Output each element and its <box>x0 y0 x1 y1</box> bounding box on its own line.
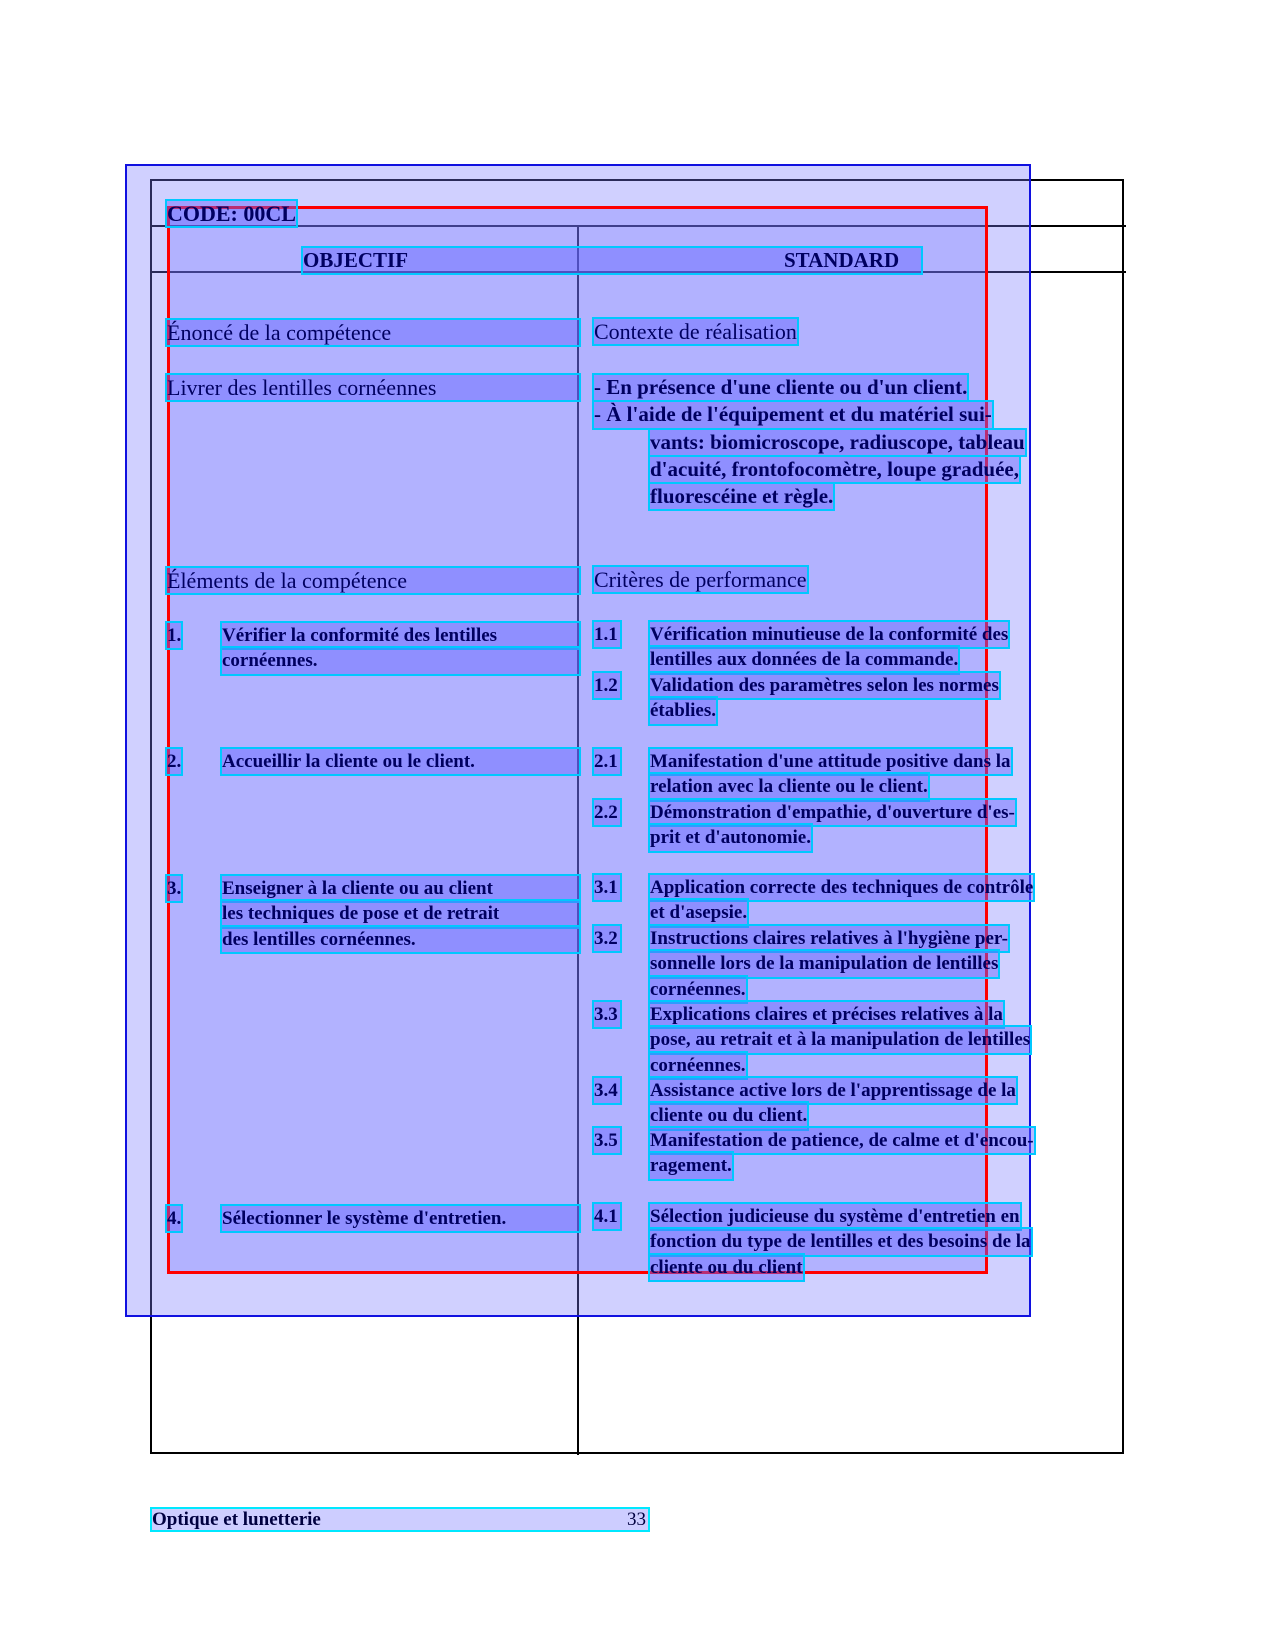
criterion-text-line: Manifestation d'une attitude positive da… <box>650 749 1011 774</box>
criterion-text-line: Sélection judicieuse du système d'entret… <box>650 1204 1020 1229</box>
content-overlay <box>167 206 988 1274</box>
page-number: 33 <box>627 1509 646 1530</box>
context-line: vants: biomicroscope, radiuscope, tablea… <box>650 430 1025 455</box>
criterion-text-line: Manifestation de patience, de calme et d… <box>650 1128 1034 1153</box>
criterion-number: 3.2 <box>594 926 620 951</box>
criterion-text-line: sonnelle lors de la manipulation de lent… <box>650 951 998 976</box>
criterion-text-line: ragement. <box>650 1153 732 1178</box>
context-line: - À l'aide de l'équipement et du matérie… <box>594 402 992 427</box>
elements-title-text: Éléments de la compétence <box>167 568 407 593</box>
criterion-text-line: Instructions claires relatives à l'hygiè… <box>650 926 1008 951</box>
statement-title-text: Énoncé de la compétence <box>167 320 391 345</box>
elements-title: Éléments de la compétence <box>167 568 579 593</box>
criterion-text-line: Démonstration d'empathie, d'ouverture d'… <box>650 800 1015 825</box>
criterion-number: 3.4 <box>594 1078 620 1103</box>
code-label: CODE: 00CL <box>167 201 296 226</box>
criterion-text-line: cornéennes. <box>650 977 746 1002</box>
context-line: d'acuité, frontofocomètre, loupe graduée… <box>650 457 1019 482</box>
page-footer: Optique et lunetterie 33 <box>152 1509 648 1530</box>
criterion-number: 3.5 <box>594 1128 620 1153</box>
criterion-number: 3.1 <box>594 875 620 900</box>
context-title: Contexte de réalisation <box>594 319 797 344</box>
element-number: 2. <box>167 749 181 774</box>
element-text-line: les techniques de pose et de retrait <box>222 901 579 926</box>
element-text-line: cornéennes. <box>222 648 579 673</box>
criterion-text-line: Validation des paramètres selon les norm… <box>650 673 999 698</box>
element-text-line: Sélectionner le système d'entretien. <box>222 1206 579 1231</box>
element-text-line: Enseigner à la cliente ou au client <box>222 876 579 901</box>
criterion-text-line: Vérification minutieuse de la conformité… <box>650 622 1008 647</box>
criterion-number: 2.2 <box>594 800 620 825</box>
criterion-text-line: et d'asepsie. <box>650 900 747 925</box>
criterion-number: 2.1 <box>594 749 620 774</box>
competency-statement: Livrer des lentilles cornéennes <box>167 375 579 400</box>
criterion-number: 4.1 <box>594 1204 620 1229</box>
criterion-text-line: fonction du type de lentilles et des bes… <box>650 1229 1031 1254</box>
element-text-line: Accueillir la cliente ou le client. <box>222 749 579 774</box>
criterion-text-line: cliente ou du client. <box>650 1103 807 1128</box>
element-text-line: Vérifier la conformité des lentilles <box>222 623 579 648</box>
criterion-text-line: prit et d'autonomie. <box>650 825 811 850</box>
criterion-text-line: cornéennes. <box>650 1053 746 1078</box>
criterion-text-line: Assistance active lors de l'apprentissag… <box>650 1078 1016 1103</box>
criterion-text-line: lentilles aux données de la commande. <box>650 647 958 672</box>
element-number: 1. <box>167 623 181 648</box>
header-standard: STANDARD <box>784 248 899 273</box>
criterion-text-line: cliente ou du client <box>650 1255 803 1280</box>
element-number: 3. <box>167 876 181 901</box>
criterion-text-line: pose, au retrait et à la manipulation de… <box>650 1027 1030 1052</box>
competency-statement-text: Livrer des lentilles cornéennes <box>167 375 436 400</box>
footer-title: Optique et lunetterie <box>152 1509 321 1530</box>
statement-title: Énoncé de la compétence <box>167 320 579 345</box>
criterion-number: 3.3 <box>594 1002 620 1027</box>
element-text-line: des lentilles cornéennes. <box>222 927 579 952</box>
criterion-text-line: Application correcte des techniques de c… <box>650 875 1033 900</box>
context-line: fluorescéine et règle. <box>650 484 833 509</box>
criteria-title: Critères de performance <box>594 567 807 592</box>
header-objective-label: OBJECTIF <box>303 248 408 272</box>
context-line: - En présence d'une cliente ou d'un clie… <box>594 375 967 400</box>
criterion-text-line: relation avec la cliente ou le client. <box>650 774 928 799</box>
criterion-text-line: établies. <box>650 698 716 723</box>
criterion-number: 1.2 <box>594 673 620 698</box>
criterion-number: 1.1 <box>594 622 620 647</box>
criterion-text-line: Explications claires et précises relativ… <box>650 1002 1003 1027</box>
element-number: 4. <box>167 1206 181 1231</box>
